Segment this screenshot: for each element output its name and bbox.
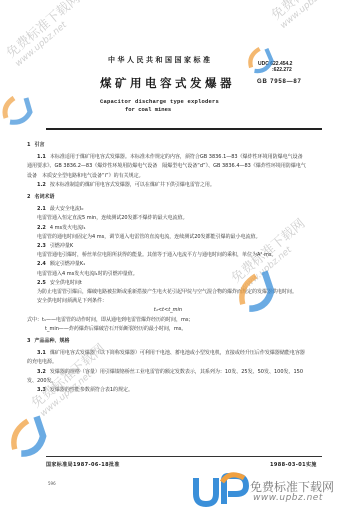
up-logo-icon <box>246 42 280 76</box>
footer-rule <box>46 456 322 457</box>
effective-date: 1988-03-01实施 <box>270 461 317 468</box>
clause-3-2: 3.2发爆器的规格（容量）用引爆镍铬桥丝工业电雷管的额定发数表示，其系列为：10… <box>27 368 309 386</box>
watermark-text: 免费标准下载网 www.upbz.net <box>1 0 89 69</box>
formula-where-2: t_min——炸药爆炸后爆破岩石开始断裂经历的最小时间，ms。 <box>27 325 309 334</box>
watermark-text: 免费标准下载网 www.upbz.net <box>266 0 354 31</box>
term-2-3: 2.3引燃冲量K <box>27 242 309 251</box>
clause-1-1: 1.1本标准适用于煤矿用电容式发爆器。本标准未作规定的内容，须符合GB 3836… <box>27 153 309 181</box>
section-heading-2: 2名词术语 <box>27 193 309 202</box>
term-2-3-def: 电雷管通电引爆时，桥丝单位电阻所获得的能量。其值等于通入电流平方与通电时间的乘积… <box>27 251 309 260</box>
gb-number: GB 7958—87 <box>257 79 302 85</box>
header-rule <box>46 128 322 130</box>
up-brand-logo-icon <box>192 472 250 508</box>
section-heading-1: 1引言 <box>27 141 309 150</box>
english-title-line2: for coal mines <box>125 106 171 113</box>
approval-date: 国家标准局1987-06-18批准 <box>46 461 120 468</box>
term-2-1: 2.1最大安全电流I₀ <box>27 205 309 214</box>
document-page: 中华人民共和国国家标准 煤矿用电容式发爆器 Capacitor discharg… <box>0 0 360 509</box>
document-title: 煤矿用电容式发爆器 <box>100 75 235 91</box>
section-heading-3: 3产品品种、规格 <box>27 337 309 346</box>
up-logo-icon <box>8 410 52 458</box>
page-number: 596 <box>48 481 56 486</box>
clause-3-3: 3.3发爆器的性能参数须符合表1的规定。 <box>27 386 309 395</box>
clause-1-2: 1.2按本标准制造的煤矿用电容式发爆器，可以在煤矿井下供引爆电雷管之用。 <box>27 181 309 190</box>
clause-3-1: 3.1煤矿用电容式发爆器（以下简称发爆器）可利用干电池、蓄电池或小型发电机，直接… <box>27 349 309 367</box>
term-2-2: 2.24 ms发火电流I₁ <box>27 224 309 233</box>
standard-label: 中华人民共和国国家标准 <box>108 55 213 65</box>
term-2-1-def: 电雷管通入恒定直流5 min，连续测试20发都不爆炸的最大电流值。 <box>27 214 309 223</box>
brand-url: www.upbz.net <box>253 493 323 503</box>
term-2-2-def: 电雷管的通电时间固定为4 ms，调节通入电雷管的直流电流，连续测试20发都能引爆… <box>27 233 309 242</box>
up-logo-icon <box>0 88 40 128</box>
up-logo-icon <box>236 265 280 313</box>
formula-where-1: 式中：t₁——电雷管的动作时间，即从通电到电雷管爆炸经历的时间，ms； <box>27 316 309 325</box>
english-title-line1: Capacitor discharge type exploders <box>100 98 219 105</box>
